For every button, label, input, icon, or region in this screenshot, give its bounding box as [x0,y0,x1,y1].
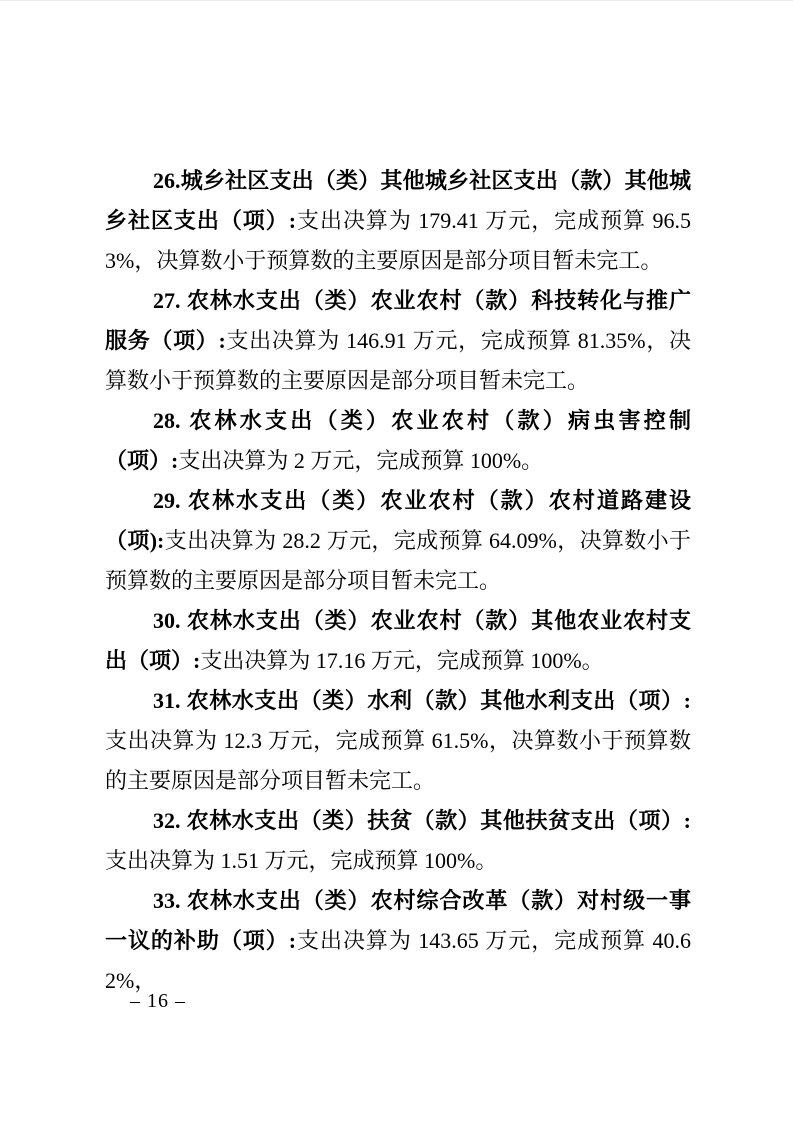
paragraph-item-28: 28. 农林水支出（类）农业农村（款）病虫害控制（项）:支出决算为 2 万元，完… [105,401,691,481]
paragraph-28-body: 支出决算为 2 万元，完成预算 100%。 [178,448,543,473]
paragraph-item-27: 27. 农林水支出（类）农业农村（款）科技转化与推广服务（项）:支出决算为 14… [105,281,691,401]
paragraph-item-29: 29. 农林水支出（类）农业农村（款）农村道路建设（项):支出决算为 28.2 … [105,481,691,601]
paragraph-item-32: 32. 农林水支出（类）扶贫（款）其他扶贫支出（项）:支出决算为 1.51 万元… [105,801,691,881]
paragraph-32-body: 支出决算为 1.51 万元，完成预算 100%。 [105,848,497,873]
paragraph-item-26: 26.城乡社区支出（类）其他城乡社区支出（款）其他城乡社区支出（项）:支出决算为… [105,161,691,281]
paragraph-item-33: 33. 农林水支出（类）农村综合改革（款）对村级一事一议的补助（项）:支出决算为… [105,881,691,1001]
paragraph-31-heading: 31. 农林水支出（类）水利（款）其他水利支出（项）: [153,688,691,713]
paragraph-30-body: 支出决算为 17.16 万元，完成预算 100%。 [200,648,603,673]
paragraph-32-heading: 32. 农林水支出（类）扶贫（款）其他扶贫支出（项）: [153,808,691,833]
document-page: 26.城乡社区支出（类）其他城乡社区支出（款）其他城乡社区支出（项）:支出决算为… [0,0,793,1122]
paragraph-item-31: 31. 农林水支出（类）水利（款）其他水利支出（项）:支出决算为 12.3 万元… [105,681,691,801]
page-number: – 16 – [130,989,186,1013]
paragraph-29-body: 支出决算为 28.2 万元，完成预算 64.09%，决算数小于预算数的主要原因是… [105,528,691,593]
paragraph-31-body: 支出决算为 12.3 万元，完成预算 61.5%，决算数小于预算数的主要原因是部… [105,728,691,793]
document-body: 26.城乡社区支出（类）其他城乡社区支出（款）其他城乡社区支出（项）:支出决算为… [105,161,691,1001]
paragraph-item-30: 30. 农林水支出（类）农业农村（款）其他农业农村支出（项）:支出决算为 17.… [105,601,691,681]
